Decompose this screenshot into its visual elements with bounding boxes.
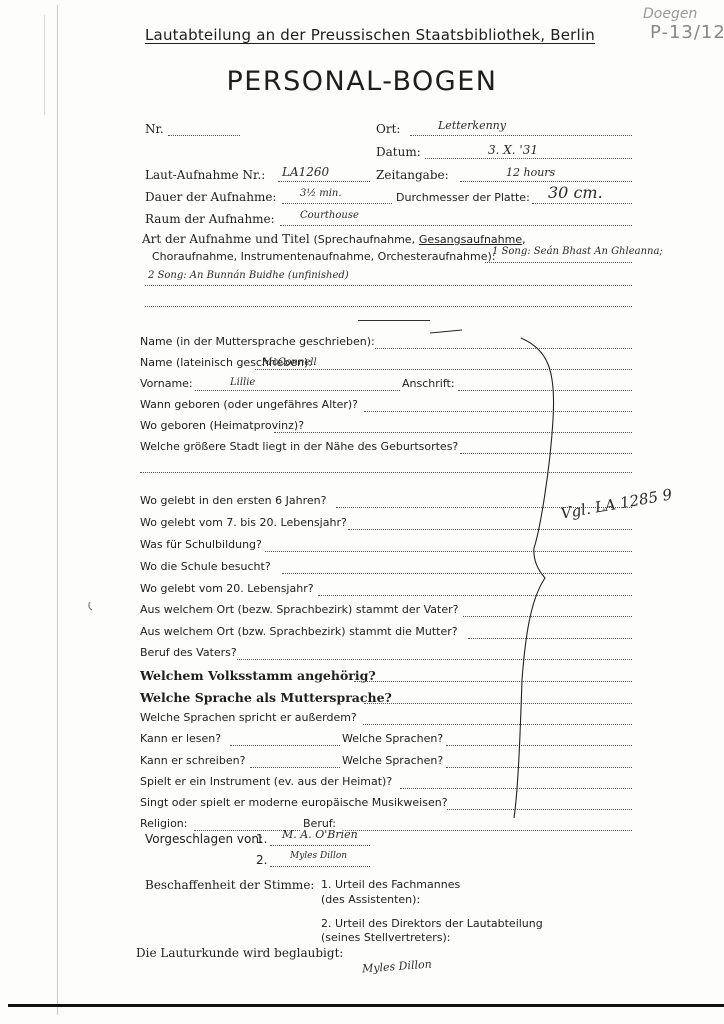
curly-brace (514, 338, 554, 818)
brace-annotation (0, 0, 724, 1024)
stray-mark (89, 602, 92, 610)
dash-stroke (430, 330, 462, 333)
